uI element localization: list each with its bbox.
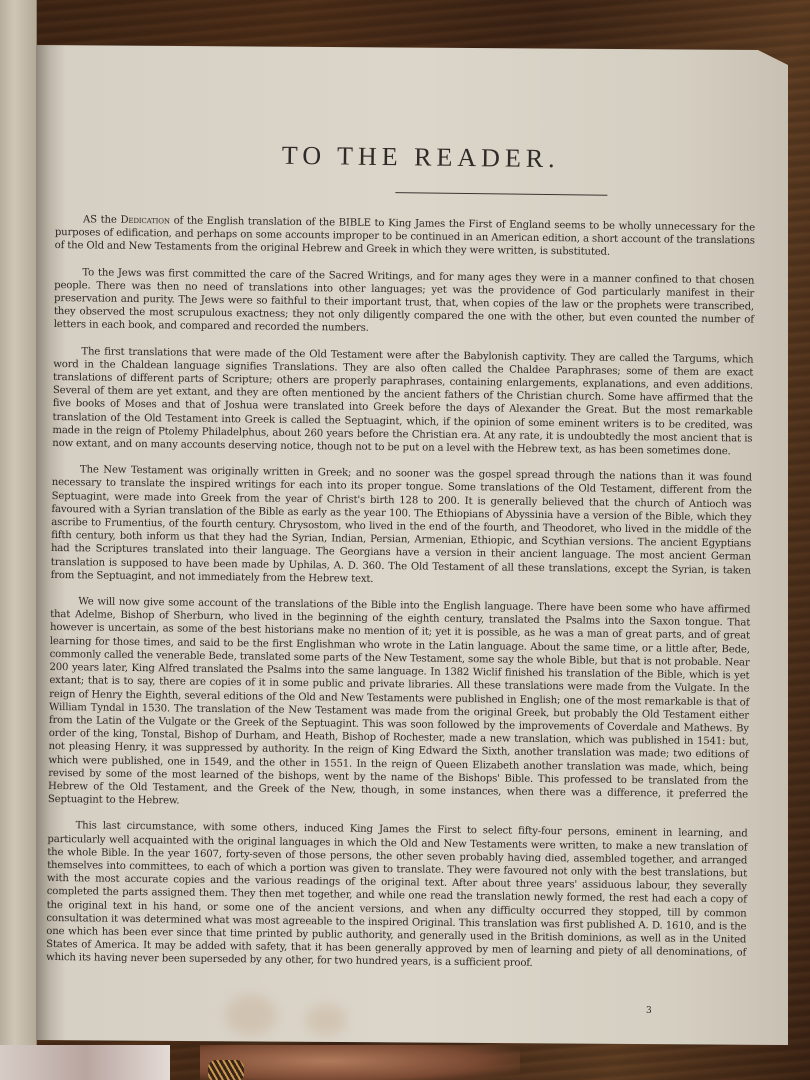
paper-stain [226,995,276,1035]
smallcaps-word: Dedication [120,215,170,227]
hand-holding-book [200,1045,520,1080]
lead-text: AS the [83,214,121,225]
paragraph-english-translations: We will now give some account of the tra… [48,595,751,815]
paragraph-new-testament: The New Testament was originally written… [51,463,752,590]
page-content: TO THE READER. AS the Dedication of the … [46,138,756,986]
paragraph-dedication: AS the Dedication of the English transla… [55,213,755,261]
paragraph-first-translations: The first translations that were made of… [52,345,753,459]
ring [208,1060,244,1080]
paragraph-jews: To the Jews was first committed the care… [54,266,755,341]
page-number: 3 [646,1006,652,1016]
title-divider [395,192,607,196]
facing-page-edge [0,0,37,1060]
fabric-background [0,1045,170,1080]
paragraph-king-james: This last circumstance, with some others… [46,819,748,973]
paper-stain [306,1005,346,1035]
